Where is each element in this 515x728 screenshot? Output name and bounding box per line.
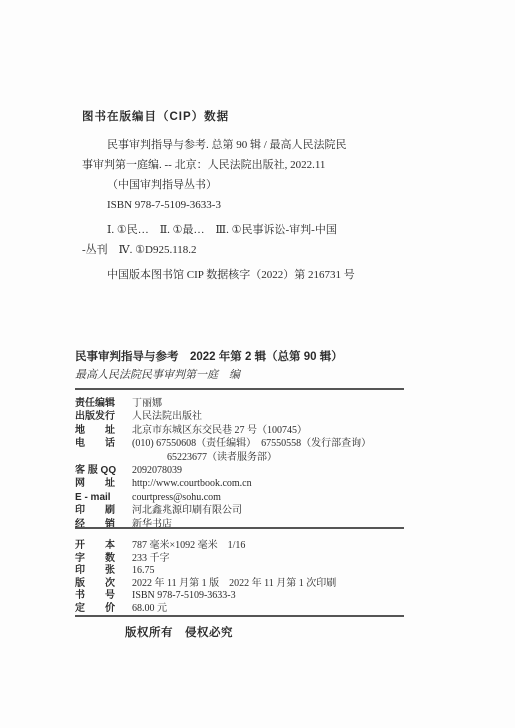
row-edition: 版 次 2022 年 11 月第 1 版 2022 年 11 月第 1 次印刷 xyxy=(75,578,447,591)
cip-heading: 图书在版编目（CIP）数据 xyxy=(82,107,452,127)
cip-classification-line: -丛刊 Ⅳ. ①D925.118.2 xyxy=(82,240,452,260)
label-format: 开 本 xyxy=(75,540,132,553)
value-printer: 河北鑫兆源印刷有限公司 xyxy=(132,504,447,517)
row-responsible-editor: 责任编辑 丁丽娜 xyxy=(75,397,447,410)
row-word-count: 字 数 233 千字 xyxy=(75,553,447,566)
value-publisher: 人民法院出版社 xyxy=(132,410,447,423)
book-title: 民事审判指导与参考 2022 年第 2 辑（总第 90 辑） xyxy=(75,350,455,365)
row-email: E - mail courtpress@sohu.com xyxy=(75,491,447,504)
value-format: 787 毫米×1092 毫米 1/16 xyxy=(132,540,447,553)
cip-section: 图书在版编目（CIP）数据 民事审判指导与参考. 总第 90 辑 / 最高人民法… xyxy=(82,107,452,285)
value-book-number: ISBN 978-7-5109-3633-3 xyxy=(132,590,447,603)
book-editor-line: 最高人民法院民事审判第一庭 编 xyxy=(75,368,455,383)
label-print-sheets: 印 张 xyxy=(75,565,132,578)
label-edition: 版 次 xyxy=(75,578,132,591)
cip-record: 民事审判指导与参考. 总第 90 辑 / 最高人民法院民 事审判第一庭编. --… xyxy=(82,135,452,215)
copyright-notice: 版权所有 侵权必究 xyxy=(125,624,233,640)
cip-classification-line: Ⅰ. ①民… Ⅱ. ①最… Ⅲ. ①民事诉讼-审判-中国 xyxy=(82,220,452,240)
cip-registry-line: 中国版本图书馆 CIP 数据核字（2022）第 216731 号 xyxy=(82,265,452,285)
row-format: 开 本 787 毫米×1092 毫米 1/16 xyxy=(75,540,447,553)
cip-record-line: （中国审判指导丛书） xyxy=(82,175,452,195)
book-title-block: 民事审判指导与参考 2022 年第 2 辑（总第 90 辑） 最高人民法院民事审… xyxy=(75,350,455,383)
row-address: 地 址 北京市东城区东交民巷 27 号（100745） xyxy=(75,424,447,437)
label-service-qq: 客 服 QQ xyxy=(75,464,132,477)
divider-rule-top xyxy=(75,388,404,390)
cip-classification: Ⅰ. ①民… Ⅱ. ①最… Ⅲ. ①民事诉讼-审判-中国 -丛刊 Ⅳ. ①D92… xyxy=(82,220,452,260)
row-publisher: 出版发行 人民法院出版社 xyxy=(75,410,447,423)
value-phone-continuation: 65223677（读者服务部） xyxy=(132,451,447,464)
value-print-sheets: 16.75 xyxy=(132,565,447,578)
value-phone: (010) 67550608（责任编辑） 67550558（发行部查询） xyxy=(132,437,447,450)
value-distributor: 新华书店 xyxy=(132,518,447,531)
publication-info-section: 责任编辑 丁丽娜 出版发行 人民法院出版社 地 址 北京市东城区东交民巷 27 … xyxy=(75,397,447,531)
row-distributor: 经 销 新华书店 xyxy=(75,518,447,531)
cip-record-line: 民事审判指导与参考. 总第 90 辑 / 最高人民法院民 xyxy=(82,135,452,155)
value-email: courtpress@sohu.com xyxy=(132,491,447,504)
row-price: 定 价 68.00 元 xyxy=(75,603,447,616)
label-website: 网 址 xyxy=(75,477,132,490)
row-book-number: 书 号 ISBN 978-7-5109-3633-3 xyxy=(75,590,447,603)
label-responsible-editor: 责任编辑 xyxy=(75,397,132,410)
label-word-count: 字 数 xyxy=(75,553,132,566)
divider-rule-middle xyxy=(75,527,404,529)
row-website: 网 址 http://www.courtbook.com.cn xyxy=(75,477,447,490)
cip-record-line: 事审判第一庭编. -- 北京：人民法院出版社, 2022.11 xyxy=(82,155,452,175)
row-printer: 印 刷 河北鑫兆源印刷有限公司 xyxy=(75,504,447,517)
label-email: E - mail xyxy=(75,491,132,504)
row-service-qq: 客 服 QQ 2092078039 xyxy=(75,464,447,477)
print-specs-section: 开 本 787 毫米×1092 毫米 1/16 字 数 233 千字 印 张 1… xyxy=(75,540,447,616)
value-address: 北京市东城区东交民巷 27 号（100745） xyxy=(132,424,447,437)
label-phone-continuation xyxy=(75,451,132,464)
label-phone: 电 话 xyxy=(75,437,132,450)
value-edition: 2022 年 11 月第 1 版 2022 年 11 月第 1 次印刷 xyxy=(132,578,447,591)
label-printer: 印 刷 xyxy=(75,504,132,517)
label-publisher: 出版发行 xyxy=(75,410,132,423)
value-word-count: 233 千字 xyxy=(132,553,447,566)
row-phone: 电 话 (010) 67550608（责任编辑） 67550558（发行部查询） xyxy=(75,437,447,450)
value-responsible-editor: 丁丽娜 xyxy=(132,397,447,410)
label-price: 定 价 xyxy=(75,603,132,616)
label-address: 地 址 xyxy=(75,424,132,437)
value-price: 68.00 元 xyxy=(132,603,447,616)
value-website: http://www.courtbook.com.cn xyxy=(132,477,447,490)
label-book-number: 书 号 xyxy=(75,590,132,603)
divider-rule-bottom xyxy=(75,615,404,617)
book-copyright-page: 图书在版编目（CIP）数据 民事审判指导与参考. 总第 90 辑 / 最高人民法… xyxy=(0,0,515,728)
row-phone-continuation: 65223677（读者服务部） xyxy=(75,451,447,464)
row-print-sheets: 印 张 16.75 xyxy=(75,565,447,578)
cip-isbn-line: ISBN 978-7-5109-3633-3 xyxy=(82,195,452,215)
label-distributor: 经 销 xyxy=(75,518,132,531)
value-service-qq: 2092078039 xyxy=(132,464,447,477)
